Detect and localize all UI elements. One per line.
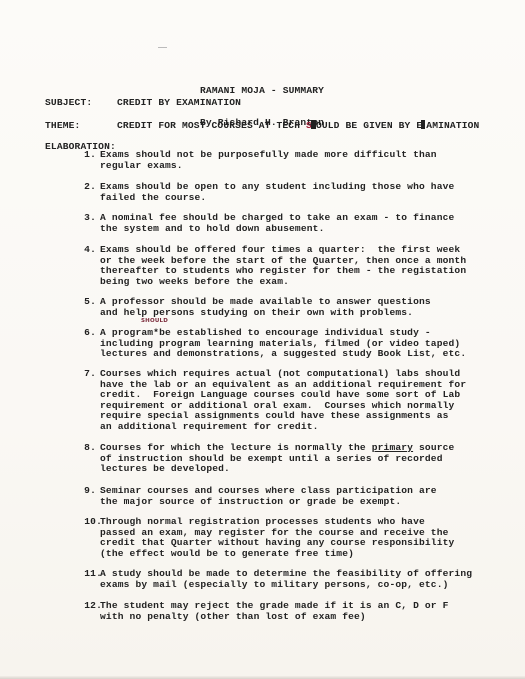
item-text: Exams should be offered four times a qua…: [100, 245, 466, 287]
item-number: 11.: [62, 569, 102, 580]
item-number: 7.: [56, 369, 96, 380]
item-text: Through normal registration processes st…: [100, 517, 454, 559]
strikeout-mark-2: [421, 120, 425, 129]
item-line: being two weeks before the exam.: [100, 277, 466, 288]
item-number: 8.: [56, 443, 96, 454]
item-text: Exams should be open to any student incl…: [100, 182, 454, 203]
item-text: A program*be established to encourage in…: [100, 328, 466, 360]
document-title: RAMANI MOJA - SUMMARY: [200, 86, 324, 97]
item-line: and help persons studying on their own w…: [100, 308, 431, 319]
item-line: A program*be established to encourage in…: [100, 328, 466, 339]
item-line: Courses which requires actual (not compu…: [100, 369, 466, 380]
subject-label: SUBJECT:: [45, 98, 117, 109]
item-line: lectures and demonstrations, a suggested…: [100, 349, 466, 360]
item-line: Through normal registration processes st…: [100, 517, 454, 528]
item-number: 5.: [56, 297, 96, 308]
underlined-word: primary: [372, 442, 413, 453]
item-line: failed the course.: [100, 193, 454, 204]
item-line-segment: source: [413, 442, 454, 453]
item-line: Exams should be open to any student incl…: [100, 182, 454, 193]
theme-label: THEME:: [45, 121, 117, 132]
item-text: Courses for which the lecture is normall…: [100, 443, 454, 475]
item-line: Exams should not be purposefully made mo…: [100, 150, 437, 161]
item-line: the major source of instruction or grade…: [100, 497, 437, 508]
item-line: Courses for which the lecture is normall…: [100, 443, 454, 454]
item-text: A study should be made to determine the …: [100, 569, 472, 590]
item-line: with no penalty (other than lost of exam…: [100, 612, 449, 623]
item-line: the system and to hold down abusement.: [100, 224, 454, 235]
item-line: (the effect would be to generate free ti…: [100, 549, 454, 560]
document-page: RAMANI MOJA - SUMMARY By Richard H. Bran…: [0, 0, 525, 679]
item-text: Exams should not be purposefully made mo…: [100, 150, 437, 171]
item-line: A study should be made to determine the …: [100, 569, 472, 580]
item-text: Courses which requires actual (not compu…: [100, 369, 466, 433]
item-number: 4.: [56, 245, 96, 256]
item-text: Seminar courses and courses where class …: [100, 486, 437, 507]
item-number: 6.: [56, 328, 96, 339]
subject-value: CREDIT BY EXAMINATION: [117, 97, 241, 108]
item-line: lectures be developed.: [100, 464, 454, 475]
item-line: Seminar courses and courses where class …: [100, 486, 437, 497]
handwritten-insert: SHOULD: [141, 318, 168, 324]
item-line: The student may reject the grade made if…: [100, 601, 449, 612]
item-number: 3.: [56, 213, 96, 224]
item-line: Exams should be offered four times a qua…: [100, 245, 466, 256]
item-number: 12.: [62, 601, 102, 612]
theme-line: THEME:CREDIT FOR MOST COURSES AT TECH SO…: [45, 120, 479, 132]
item-number: 2.: [56, 182, 96, 193]
item-line: exams by mail (especially to military pe…: [100, 580, 472, 591]
item-text: A professor should be made available to …: [100, 297, 431, 318]
item-line: regular exams.: [100, 161, 437, 172]
theme-value-part1: CREDIT FOR MOST COURSES AT TECH: [117, 120, 306, 131]
item-line: an additional requirement for credit.: [100, 422, 466, 433]
item-line: A professor should be made available to …: [100, 297, 431, 308]
item-number: 1.: [56, 150, 96, 161]
item-line-segment: Courses for which the lecture is normall…: [100, 442, 372, 453]
theme-value-part2: OULD BE GIVEN BY E: [316, 120, 422, 131]
subject-line: SUBJECT:CREDIT BY EXAMINATION: [45, 98, 241, 109]
item-text: The student may reject the grade made if…: [100, 601, 449, 622]
item-number: 9.: [56, 486, 96, 497]
item-line: A nominal fee should be charged to take …: [100, 213, 454, 224]
item-text: A nominal fee should be charged to take …: [100, 213, 454, 234]
stray-mark: [158, 47, 167, 48]
item-number: 10.: [62, 517, 102, 528]
theme-value-part3: AMINATION: [426, 120, 479, 131]
